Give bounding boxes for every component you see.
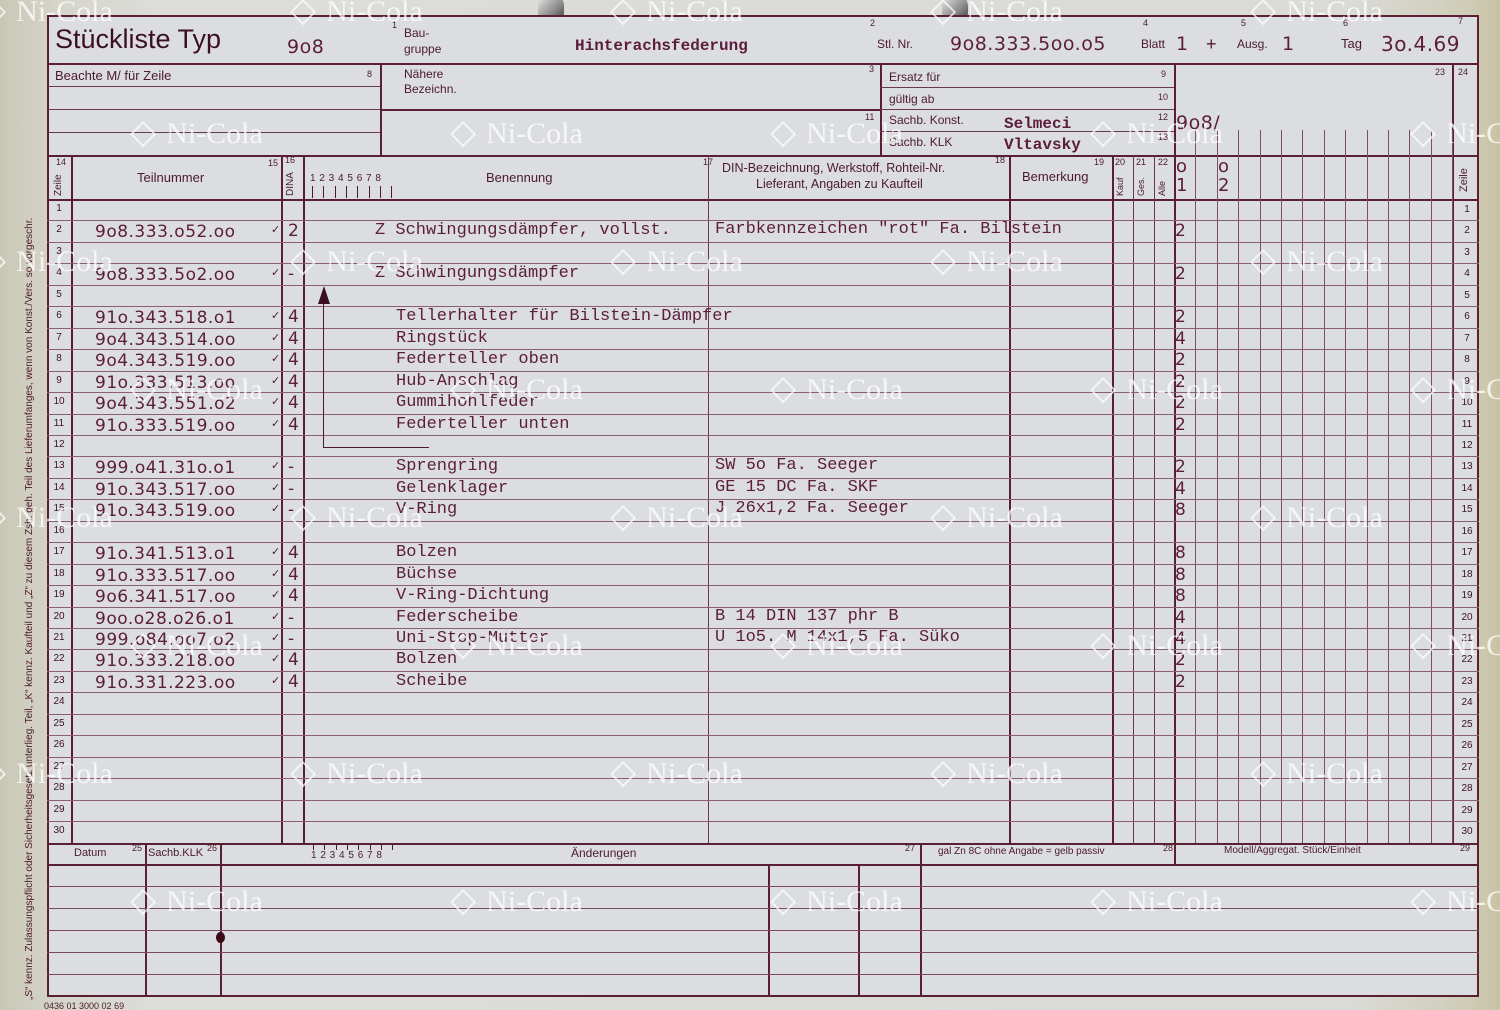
check-mark-icon: ✓ [271, 331, 280, 344]
row-number: 12 [49, 439, 69, 450]
row-number-right: 2 [1455, 225, 1479, 236]
table-row[interactable]: 181891o.333.517.oo✓4Büchse8 [47, 564, 1479, 585]
teilnummer-cell[interactable]: 91o.341.513.o1 [95, 544, 236, 564]
row-number: 27 [49, 761, 69, 772]
teilnummer-cell[interactable]: 9oo.o28.o26.o1 [95, 609, 235, 629]
quantity-cell[interactable]: 2 [1175, 393, 1186, 413]
dina-cell[interactable]: - [288, 500, 295, 520]
sachb-klk-label: Sachb. KLK [889, 135, 952, 149]
field-number-4: 4 [1143, 18, 1148, 28]
plus-mark: + [1206, 34, 1217, 55]
din-cell[interactable]: B 14 DIN 137 phr B [715, 607, 899, 626]
row-number: 16 [49, 525, 69, 536]
quantity-cell[interactable]: 8 [1175, 586, 1186, 606]
table-row[interactable]: 2727 [47, 757, 1479, 778]
quantity-cell[interactable]: 2 [1175, 221, 1186, 241]
typ-value: 9o8 [287, 36, 324, 58]
check-mark-icon: ✓ [271, 223, 280, 236]
field-number-23: 23 [1435, 67, 1445, 77]
stl-nr-label: Stl. Nr. [877, 37, 913, 51]
check-mark-icon: ✓ [271, 502, 280, 515]
table-row[interactable]: 2424 [47, 692, 1479, 713]
dina-cell[interactable]: - [288, 629, 295, 649]
row-number-right: 28 [1455, 783, 1479, 794]
teilnummer-cell[interactable]: 9o8.333.o52.oo [95, 222, 236, 242]
row-number: 13 [49, 460, 69, 471]
assembly-bracket [323, 290, 324, 447]
baugruppe-label: Bau- gruppe [404, 25, 441, 57]
row-number-right: 8 [1455, 354, 1479, 365]
model-col1-bottom: 1 [1176, 175, 1188, 196]
quantity-cell[interactable]: 4 [1175, 329, 1186, 349]
stl-nr-value[interactable]: 9o8.333.5oo.o5 [950, 33, 1106, 55]
dina-cell[interactable]: 4 [288, 565, 299, 585]
table-row[interactable]: 1313999.o41.31o.o1✓-SprengringSW 5o Fa. … [47, 456, 1479, 477]
check-mark-icon: ✓ [271, 588, 280, 601]
dina-cell[interactable]: 4 [288, 307, 299, 327]
dina-cell[interactable]: 4 [288, 393, 299, 413]
check-mark-icon: ✓ [271, 374, 280, 387]
quantity-cell[interactable]: 2 [1175, 264, 1186, 284]
field-number-15: 15 [268, 158, 278, 168]
field-number-11: 11 [865, 112, 874, 122]
check-mark-icon: ✓ [271, 417, 280, 430]
field-number-19: 19 [1094, 157, 1104, 167]
din-cell[interactable]: U 1o5. M 14x1,5 Fa. Süko [715, 628, 960, 647]
teilnummer-cell[interactable]: 999.o84.oo7.o2 [95, 630, 236, 650]
field-number-20: 20 [1115, 157, 1125, 167]
modell-aggregat-label: Modell/Aggregat. Stück/Einheit [1224, 845, 1361, 856]
dina-cell[interactable]: 4 [288, 672, 299, 692]
row-number-right: 10 [1455, 397, 1479, 408]
row-number-right: 21 [1455, 633, 1479, 644]
row-number: 3 [49, 246, 69, 257]
row-number-right: 24 [1455, 697, 1479, 708]
dina-cell[interactable]: 4 [288, 415, 299, 435]
sachb-konst-label: Sachb. Konst. [889, 113, 964, 127]
din-cell[interactable]: GE 15 DC Fa. SKF [715, 478, 878, 497]
teilnummer-cell[interactable]: 9o8.333.5o2.oo [95, 265, 236, 285]
benennung-cell[interactable]: Gummihohlfeder [396, 393, 539, 412]
row-number-right: 19 [1455, 590, 1479, 601]
benennung-cell[interactable]: Federscheibe [396, 608, 518, 627]
benennung-cell[interactable]: Tellerhalter für Bilstein-Dämpfer [396, 307, 733, 326]
quantity-cell[interactable]: 2 [1175, 307, 1186, 327]
check-mark-icon: ✓ [271, 459, 280, 472]
dina-cell[interactable]: 4 [288, 350, 299, 370]
col-benennung-header: Benennung [486, 170, 553, 185]
row-number-right: 26 [1455, 740, 1479, 751]
dina-cell[interactable]: 4 [288, 650, 299, 670]
quantity-cell[interactable]: 2 [1175, 372, 1186, 392]
table-row[interactable]: 1616 [47, 521, 1479, 542]
table-row[interactable]: 2121999.o84.oo7.o2✓-Uni-Stop-MutterU 1o5… [47, 628, 1479, 649]
benennung-cell[interactable]: Scheibe [396, 672, 467, 691]
model-col1-top: o [1176, 156, 1188, 177]
row-number-right: 30 [1455, 826, 1479, 837]
dina-cell[interactable]: 2 [288, 221, 299, 241]
table-row[interactable]: 222291o.333.218.oo✓4Bolzen2 [47, 649, 1479, 670]
row-number-right: 25 [1455, 719, 1479, 730]
dina-cell[interactable]: 4 [288, 586, 299, 606]
row-number-right: 1 [1455, 204, 1479, 215]
benennung-cell[interactable]: Z Schwingungsdämpfer [375, 264, 579, 283]
benennung-cell[interactable]: V-Ring-Dichtung [396, 586, 549, 605]
field-number-24: 24 [1458, 67, 1468, 77]
benennung-cell[interactable]: Ringstück [396, 329, 488, 348]
teilnummer-cell[interactable]: 91o.343.517.oo [95, 480, 236, 500]
teilnummer-cell[interactable]: 91o.333.513.oo [95, 373, 236, 393]
table-row[interactable]: 20209oo.o28.o26.o1✓-FederscheibeB 14 DIN… [47, 607, 1479, 628]
col-teilnummer-header: Teilnummer [137, 170, 204, 185]
ausg-label: Ausg. [1237, 37, 1268, 51]
field-number-2: 2 [870, 18, 875, 28]
galvanic-note: gal Zn 8C ohne Angabe = gelb passiv [938, 846, 1105, 857]
quantity-cell[interactable]: 8 [1175, 500, 1186, 520]
row-number-right: 29 [1455, 805, 1479, 816]
field-number-12: 12 [1158, 112, 1168, 122]
side-note: „S“ kennz. Zulassungspflicht oder Sicher… [24, 218, 35, 1000]
tag-label: Tag [1341, 36, 1362, 51]
quantity-cell[interactable]: 4 [1175, 608, 1186, 628]
dina-cell[interactable]: - [288, 479, 295, 499]
check-mark-icon: ✓ [271, 631, 280, 644]
row-number: 10 [49, 396, 69, 407]
teilnummer-cell[interactable]: 91o.333.218.oo [95, 651, 236, 671]
footer-aenderungen-label: Änderungen [571, 846, 636, 860]
naehere-bezeichnung-label: Nähere Bezeichn. [404, 67, 457, 97]
field-number-27: 27 [905, 843, 915, 853]
teilnummer-cell[interactable]: 9o4.343.514.oo [95, 330, 236, 350]
teilnummer-cell[interactable]: 91o.333.517.oo [95, 566, 236, 586]
table-row[interactable]: 171791o.341.513.o1✓4Bolzen8 [47, 542, 1479, 563]
row-number: 8 [49, 353, 69, 364]
teilnummer-cell[interactable]: 999.o41.31o.o1 [95, 458, 236, 478]
footer-digit-scale: 1 2 3 4 5 6 7 8 [311, 850, 382, 861]
row-number-right: 9 [1455, 376, 1479, 387]
din-cell[interactable]: Farbkennzeichen "rot" Fa. Bilstein [715, 220, 1062, 239]
check-mark-icon: ✓ [271, 352, 280, 365]
gueltig-ab-label: gültig ab [889, 92, 934, 106]
row-number-right: 14 [1455, 483, 1479, 494]
row-number-right: 6 [1455, 311, 1479, 322]
row-number-right: 18 [1455, 569, 1479, 580]
row-number-right: 22 [1455, 654, 1479, 665]
benennung-cell[interactable]: Bolzen [396, 650, 457, 669]
row-number: 30 [49, 825, 69, 836]
footer-datum-label: Datum [74, 847, 106, 859]
row-number: 22 [49, 653, 69, 664]
row-number-right: 16 [1455, 526, 1479, 537]
row-number: 6 [49, 310, 69, 321]
field-number-25: 25 [132, 843, 142, 853]
row-number: 15 [49, 503, 69, 514]
row-number-right: 27 [1455, 762, 1479, 773]
row-number: 20 [49, 611, 69, 622]
benennung-cell[interactable]: Büchse [396, 565, 457, 584]
row-number: 17 [49, 546, 69, 557]
check-mark-icon: ✓ [271, 395, 280, 408]
field-number-5: 5 [1241, 18, 1246, 28]
col-dina-header: DINA [285, 172, 296, 196]
row-number-right: 15 [1455, 504, 1479, 515]
quantity-cell[interactable]: 2 [1175, 457, 1186, 477]
quantity-cell[interactable]: 4 [1175, 479, 1186, 499]
col-zeile-right-header: Zeile [1458, 168, 1470, 192]
din-cell[interactable]: SW 5o Fa. Seeger [715, 456, 878, 475]
beachte-label: Beachte M/ für Zeile [55, 68, 171, 83]
row-number: 14 [49, 482, 69, 493]
teilnummer-cell[interactable]: 9o6.341.517.oo [95, 587, 236, 607]
quantity-cell[interactable]: 2 [1175, 672, 1186, 692]
teilnummer-cell[interactable]: 91o.331.223.oo [95, 673, 236, 693]
table-row[interactable]: 33 [47, 242, 1479, 263]
field-number-9: 9 [1161, 69, 1166, 79]
row-number: 1 [49, 203, 69, 214]
blatt-label: Blatt [1141, 37, 1165, 51]
row-number: 7 [49, 332, 69, 343]
benennung-cell[interactable]: Hub-Anschlag [396, 372, 518, 391]
teilnummer-cell[interactable]: 91o.333.519.oo [95, 416, 236, 436]
col-zeile-header: Zeile [53, 174, 64, 196]
col-alle-header: Alle [1157, 181, 1167, 196]
teilnummer-cell[interactable]: 9o4.343.551.o2 [95, 394, 236, 414]
row-number: 19 [49, 589, 69, 600]
col-ges-header: Ges. [1136, 177, 1146, 196]
check-mark-icon: ✓ [271, 610, 280, 623]
row-number-right: 4 [1455, 268, 1479, 279]
check-mark-icon: ✓ [271, 545, 280, 558]
teilnummer-cell[interactable]: 9o4.343.519.oo [95, 351, 236, 371]
din-cell[interactable]: J 26x1,2 Fa. Seeger [715, 499, 909, 518]
quantity-cell[interactable]: 8 [1175, 543, 1186, 563]
benennung-cell[interactable]: Federteller oben [396, 350, 559, 369]
field-number-6: 6 [1343, 18, 1348, 28]
ausg-value[interactable]: 1 [1282, 33, 1295, 55]
table-row[interactable]: 229o8.333.o52.oo✓2Z Schwingungsdämpfer, … [47, 220, 1479, 241]
dina-cell[interactable]: - [288, 608, 295, 628]
check-mark-icon: ✓ [271, 481, 280, 494]
table-row[interactable]: 2525 [47, 714, 1479, 735]
field-number-7: 7 [1458, 16, 1463, 26]
col-digit-scale: 1 2 3 4 5 6 7 8 [310, 173, 381, 184]
model-col2-top: o [1218, 156, 1230, 177]
model-value[interactable]: 9o8/ [1176, 112, 1220, 134]
field-number-1: 1 [392, 20, 397, 30]
col-kauf-header: Kauf [1115, 177, 1125, 196]
quantity-cell[interactable]: 4 [1175, 629, 1186, 649]
table-row[interactable]: 1212 [47, 435, 1479, 456]
row-number-right: 13 [1455, 461, 1479, 472]
col-bemerkung-header: Bemerkung [1022, 169, 1088, 184]
row-number-right: 20 [1455, 612, 1479, 623]
table-row[interactable]: 2626 [47, 735, 1479, 756]
field-number-26: 26 [207, 843, 217, 853]
row-number: 11 [49, 418, 69, 429]
benennung-cell[interactable]: Bolzen [396, 543, 457, 562]
tag-value[interactable]: 3o.4.69 [1381, 32, 1460, 56]
quantity-cell[interactable]: 8 [1175, 565, 1186, 585]
check-mark-icon: ✓ [271, 567, 280, 580]
dina-cell[interactable]: - [288, 264, 295, 284]
field-number-21: 21 [1136, 157, 1146, 167]
field-number-8: 8 [367, 69, 372, 79]
row-number: 18 [49, 568, 69, 579]
row-number-right: 17 [1455, 547, 1479, 558]
blatt-value[interactable]: 1 [1176, 33, 1189, 55]
table-row[interactable]: 2828 [47, 778, 1479, 799]
table-row[interactable]: 151591o.343.519.oo✓-V-RingJ 26x1,2 Fa. S… [47, 499, 1479, 520]
check-mark-icon: ✓ [271, 266, 280, 279]
baugruppe-value[interactable]: Hinterachsfederung [575, 37, 748, 55]
row-number: 4 [49, 267, 69, 278]
row-number: 28 [49, 782, 69, 793]
ersatz-fuer-label: Ersatz für [889, 70, 940, 84]
table-row[interactable]: 11 [47, 199, 1479, 220]
row-number: 21 [49, 632, 69, 643]
benennung-cell[interactable]: Uni-Stop-Mutter [396, 629, 549, 648]
check-mark-icon: ✓ [271, 674, 280, 687]
table-row[interactable]: 111191o.333.519.oo✓4Federteller unten2 [47, 414, 1479, 435]
row-number: 2 [49, 224, 69, 235]
check-mark-icon: ✓ [271, 652, 280, 665]
row-number: 5 [49, 289, 69, 300]
field-number-10: 10 [1158, 92, 1168, 102]
row-number-right: 5 [1455, 290, 1479, 301]
table-row[interactable]: 55 [47, 285, 1479, 306]
table-row[interactable]: 232391o.331.223.oo✓4Scheibe2 [47, 671, 1479, 692]
row-number: 9 [49, 375, 69, 386]
dina-cell[interactable]: 4 [288, 543, 299, 563]
field-number-3: 3 [869, 64, 874, 74]
table-row[interactable]: 779o4.343.514.oo✓4Ringstück4 [47, 328, 1479, 349]
row-number: 26 [49, 739, 69, 750]
benennung-cell[interactable]: Sprengring [396, 457, 498, 476]
col-lieferant-header: Lieferant, Angaben zu Kaufteil [756, 177, 923, 191]
row-number-right: 7 [1455, 333, 1479, 344]
row-number-right: 23 [1455, 676, 1479, 687]
benennung-cell[interactable]: Gelenklager [396, 479, 508, 498]
row-number: 25 [49, 718, 69, 729]
arrow-up-icon [318, 286, 330, 304]
field-number-14: 14 [56, 157, 66, 167]
col-din-header: DIN-Bezeichnung, Werkstoff, Rohteil-Nr. [722, 161, 945, 175]
quantity-cell[interactable]: 2 [1175, 650, 1186, 670]
footer-sachb-klk-label: Sachb.KLK [148, 847, 203, 859]
row-number: 23 [49, 675, 69, 686]
dina-cell[interactable]: 4 [288, 329, 299, 349]
table-row[interactable]: 889o4.343.519.oo✓4Federteller oben2 [47, 349, 1479, 370]
table-row[interactable]: 19199o6.341.517.oo✓4V-Ring-Dichtung8 [47, 585, 1479, 606]
row-number: 29 [49, 804, 69, 815]
field-number-16: 16 [285, 155, 295, 165]
dina-cell[interactable]: - [288, 457, 295, 477]
field-number-13: 13 [1158, 132, 1168, 142]
benennung-cell[interactable]: Federteller unten [396, 415, 569, 434]
row-number: 24 [49, 696, 69, 707]
table-row[interactable]: 2929 [47, 800, 1479, 821]
sachb-klk-value[interactable]: Vltavsky [1004, 136, 1081, 154]
ink-blot [216, 932, 225, 943]
table-row[interactable]: 10109o4.343.551.o2✓4Gummihohlfeder2 [47, 392, 1479, 413]
field-number-22: 22 [1158, 157, 1168, 167]
row-number-right: 3 [1455, 247, 1479, 258]
model-col2-bottom: 2 [1218, 175, 1230, 196]
check-mark-icon: ✓ [271, 309, 280, 322]
field-number-29: 29 [1460, 843, 1470, 853]
row-number-right: 12 [1455, 440, 1479, 451]
table-row[interactable]: 449o8.333.5o2.oo✓-Z Schwingungsdämpfer2 [47, 263, 1479, 284]
benennung-cell[interactable]: Z Schwingungsdämpfer, vollst. [375, 221, 671, 240]
form-title: Stückliste Typ [55, 24, 221, 55]
table-row[interactable]: 6691o.343.518.o1✓4Tellerhalter für Bilst… [47, 306, 1479, 327]
table-row[interactable]: 3030 [47, 821, 1479, 842]
field-number-28: 28 [1163, 843, 1173, 853]
benennung-cell[interactable]: V-Ring [396, 500, 457, 519]
quantity-cell[interactable]: 2 [1175, 415, 1186, 435]
dina-cell[interactable]: 4 [288, 372, 299, 392]
teilnummer-cell[interactable]: 91o.343.519.oo [95, 501, 236, 521]
field-number-18: 18 [995, 155, 1005, 165]
row-number-right: 11 [1455, 419, 1479, 430]
table-row[interactable]: 141491o.343.517.oo✓-GelenklagerGE 15 DC … [47, 478, 1479, 499]
form-code: 0436 01 3000 02 69 [44, 1001, 124, 1010]
table-row[interactable]: 9991o.333.513.oo✓4Hub-Anschlag2 [47, 371, 1479, 392]
quantity-cell[interactable]: 2 [1175, 350, 1186, 370]
teilnummer-cell[interactable]: 91o.343.518.o1 [95, 308, 236, 328]
